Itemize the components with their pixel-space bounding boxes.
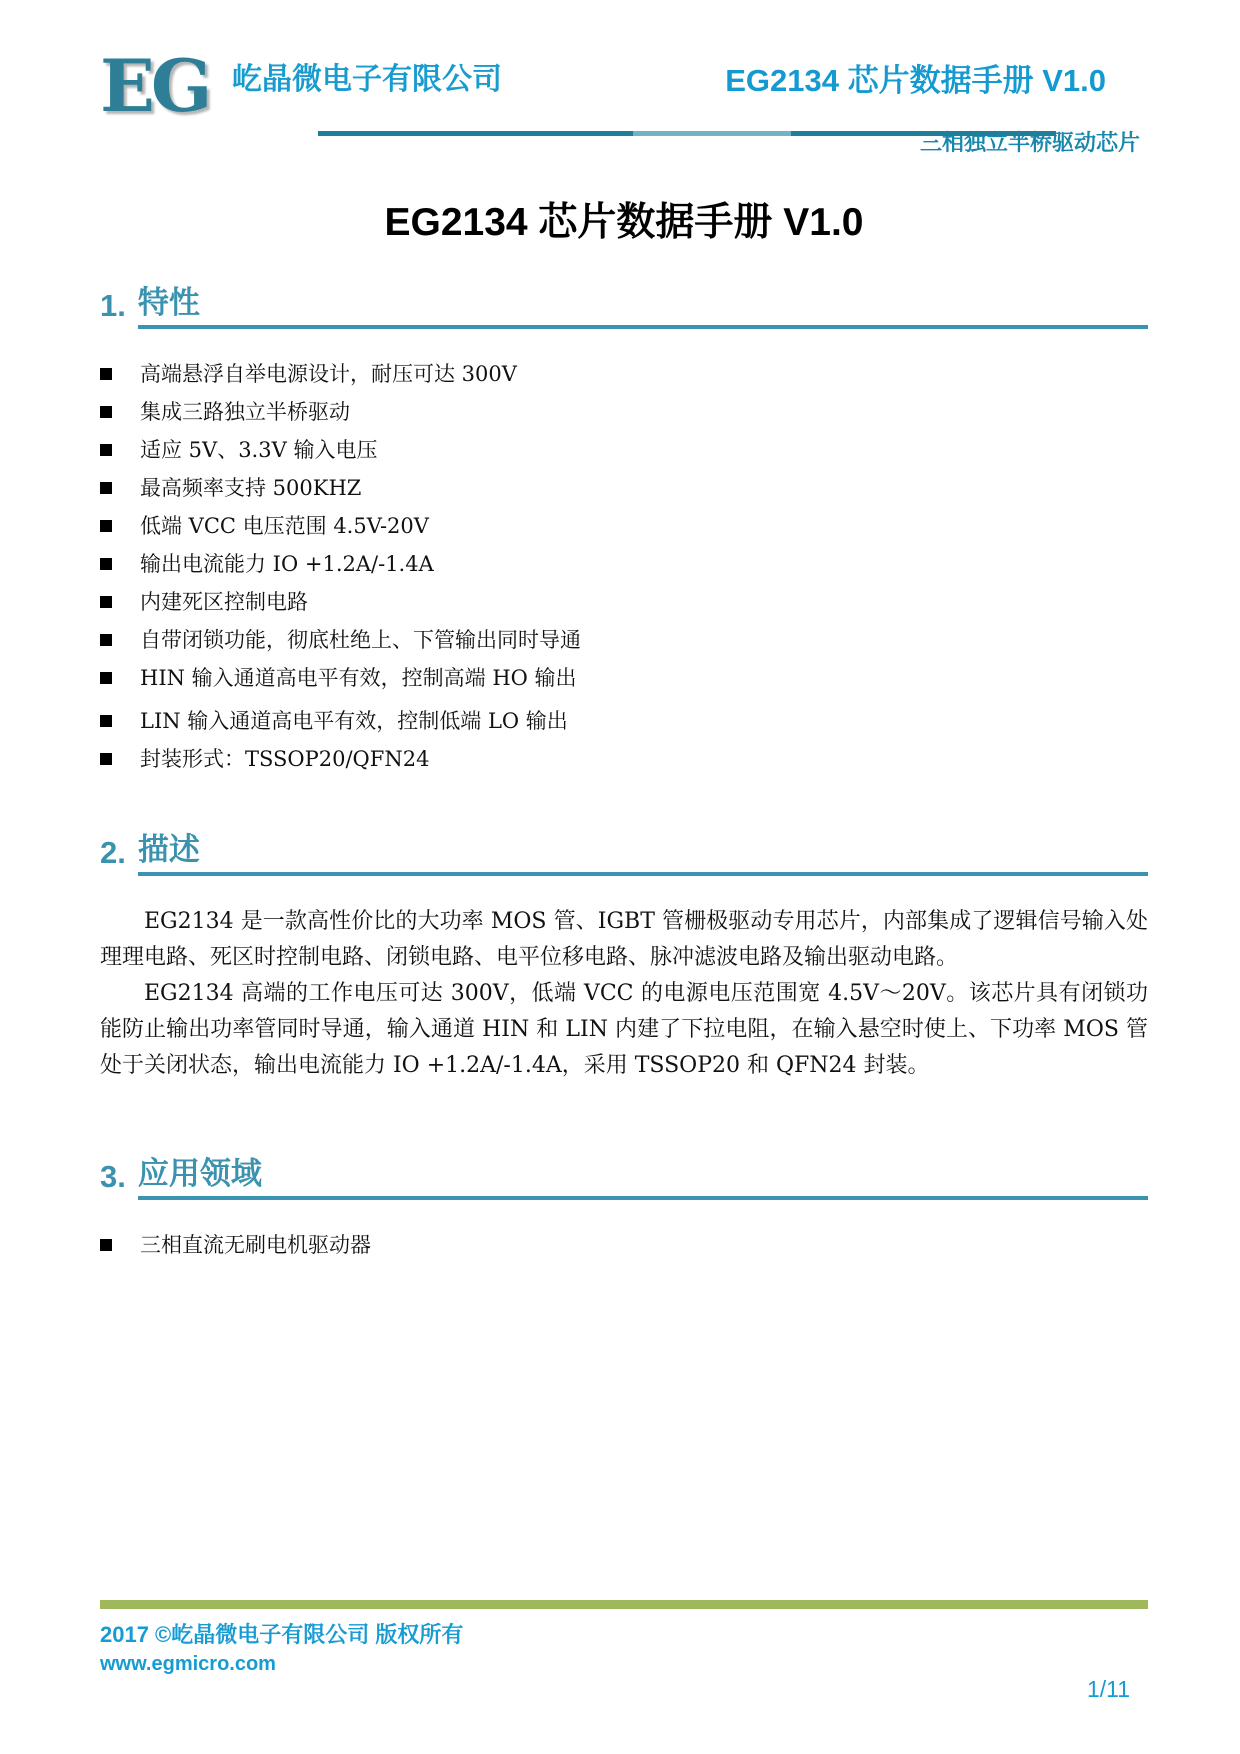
page-number: 1/11 — [1087, 1676, 1130, 1703]
bullet-square-icon — [100, 1239, 112, 1251]
feature-text: 集成三路独立半桥驱动 — [140, 393, 350, 431]
bullet-square-icon — [100, 520, 112, 532]
feature-text: 封装形式：TSSOP20/QFN24 — [140, 740, 429, 778]
header-rule-light-segment — [633, 131, 791, 136]
feature-text: 适应 5V、3.3V 输入电压 — [140, 431, 377, 469]
list-item: LIN 输入通道高电平有效，控制低端 LO 输出 — [100, 702, 1148, 740]
description-paragraph: EG2134 是一款高性价比的大功率 MOS 管、IGBT 管栅极驱动专用芯片，… — [100, 904, 1148, 976]
datasheet-page: EG 屹晶微电子有限公司 EG2134 芯片数据手册 V1.0 三相独立半桥驱动… — [0, 0, 1240, 1754]
feature-text: 高端悬浮自举电源设计，耐压可达 300V — [140, 355, 517, 393]
feature-text: 低端 VCC 电压范围 4.5V-20V — [140, 507, 429, 545]
list-item: HIN 输入通道高电平有效，控制高端 HO 输出 — [100, 659, 1148, 697]
company-logo: EG — [100, 52, 218, 120]
bullet-square-icon — [100, 406, 112, 418]
feature-text: 自带闭锁功能，彻底杜绝上、下管输出同时导通 — [140, 621, 581, 659]
list-item: 内建死区控制电路 — [100, 583, 1148, 621]
section-number: 3. — [100, 1159, 126, 1200]
list-item: 适应 5V、3.3V 输入电压 — [100, 431, 1148, 469]
company-name: 屹晶微电子有限公司 — [232, 54, 502, 120]
header-doc-title: EG2134 芯片数据手册 V1.0 — [725, 55, 1148, 120]
feature-text: HIN 输入通道高电平有效，控制高端 HO 输出 — [140, 659, 577, 697]
bullet-square-icon — [100, 672, 112, 684]
page-footer: 2017 ©屹晶微电子有限公司 版权所有 www.egmicro.com — [100, 1620, 1148, 1678]
bullet-square-icon — [100, 596, 112, 608]
page-header: EG 屹晶微电子有限公司 EG2134 芯片数据手册 V1.0 — [100, 0, 1148, 120]
section-heading-features: 1. 特性 — [100, 277, 1148, 329]
list-item: 低端 VCC 电压范围 4.5V-20V — [100, 507, 1148, 545]
list-item: 封装形式：TSSOP20/QFN24 — [100, 740, 1148, 778]
application-text: 三相直流无刷电机驱动器 — [140, 1226, 371, 1264]
feature-text: LIN 输入通道高电平有效，控制低端 LO 输出 — [140, 702, 568, 740]
list-item: 最高频率支持 500KHZ — [100, 469, 1148, 507]
applications-list: 三相直流无刷电机驱动器 — [100, 1226, 1148, 1264]
bullet-square-icon — [100, 482, 112, 494]
section-title: 应用领域 — [138, 1148, 1148, 1200]
features-list: 高端悬浮自举电源设计，耐压可达 300V 集成三路独立半桥驱动 适应 5V、3.… — [100, 355, 1148, 778]
bullet-square-icon — [100, 753, 112, 765]
section-title: 特性 — [138, 277, 1148, 329]
feature-text: 内建死区控制电路 — [140, 583, 308, 621]
header-rule — [318, 131, 1056, 136]
description-paragraph: EG2134 高端的工作电压可达 300V，低端 VCC 的电源电压范围宽 4.… — [100, 976, 1148, 1084]
section-number: 1. — [100, 288, 126, 329]
list-item: 集成三路独立半桥驱动 — [100, 393, 1148, 431]
bullet-square-icon — [100, 368, 112, 380]
list-item: 高端悬浮自举电源设计，耐压可达 300V — [100, 355, 1148, 393]
list-item: 三相直流无刷电机驱动器 — [100, 1226, 1148, 1264]
list-item: 输出电流能力 IO +1.2A/-1.4A — [100, 545, 1148, 583]
list-item: 自带闭锁功能，彻底杜绝上、下管输出同时导通 — [100, 621, 1148, 659]
section-number: 2. — [100, 835, 126, 876]
bullet-square-icon — [100, 715, 112, 727]
footer-divider-bar — [100, 1600, 1148, 1609]
copyright-text: 2017 ©屹晶微电子有限公司 版权所有 — [100, 1620, 1148, 1650]
bullet-square-icon — [100, 634, 112, 646]
bullet-square-icon — [100, 558, 112, 570]
section-heading-description: 2. 描述 — [100, 824, 1148, 876]
bullet-square-icon — [100, 444, 112, 456]
feature-text: 最高频率支持 500KHZ — [140, 469, 361, 507]
section-heading-applications: 3. 应用领域 — [100, 1148, 1148, 1200]
feature-text: 输出电流能力 IO +1.2A/-1.4A — [140, 545, 434, 583]
description-block: EG2134 是一款高性价比的大功率 MOS 管、IGBT 管栅极驱动专用芯片，… — [100, 904, 1148, 1084]
page-title: EG2134 芯片数据手册 V1.0 — [100, 191, 1148, 247]
website-link[interactable]: www.egmicro.com — [100, 1650, 1148, 1678]
section-title: 描述 — [138, 824, 1148, 876]
